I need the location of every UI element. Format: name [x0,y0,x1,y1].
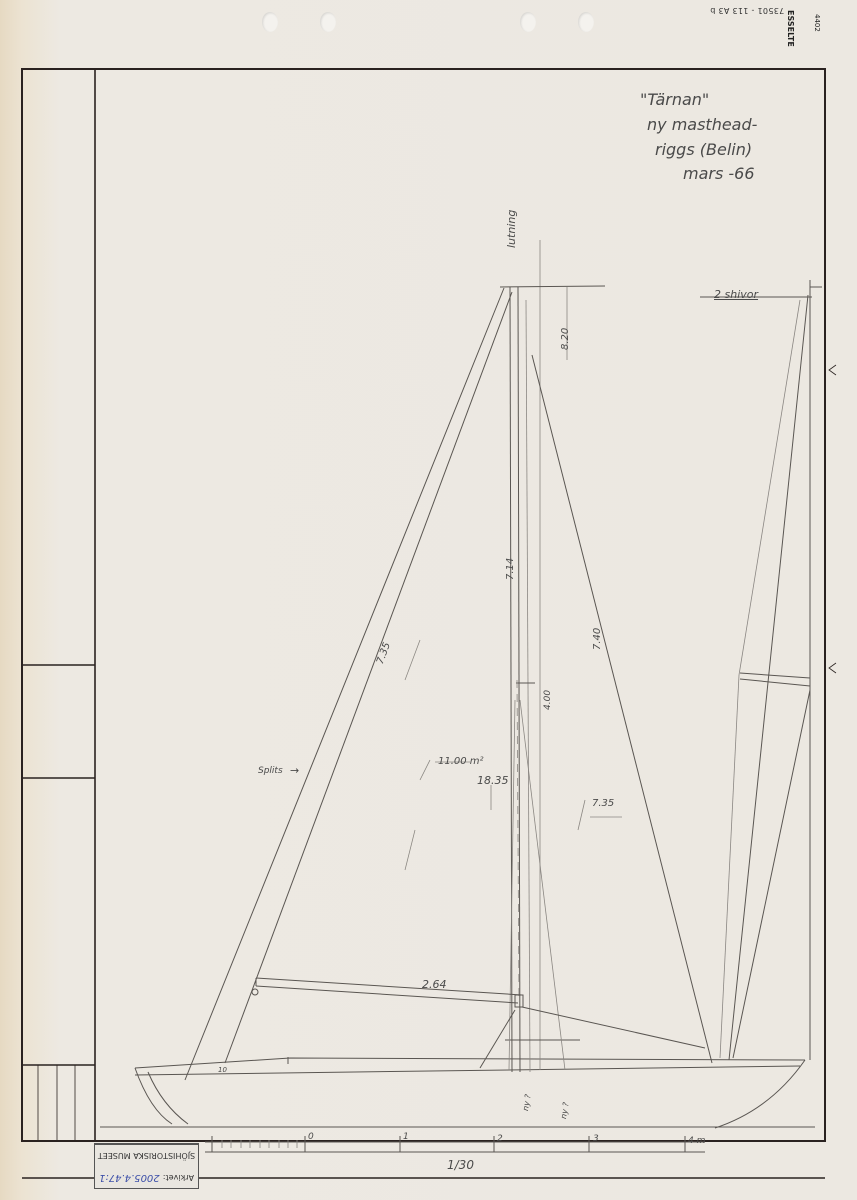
archive-number-row: Arkivet: 2005.4.47:1 [95,1166,198,1188]
backstay [700,280,822,1060]
scale-tick-0: 0 [308,1132,314,1142]
museum-stamp: SJÖHISTORISKA MUSEET Arkivet: 2005.4.47:… [94,1143,199,1189]
museum-name: SJÖHISTORISKA MUSEET [95,1144,198,1166]
forestay [185,288,512,1080]
label-two-sheaves: 2 shivor [714,288,758,301]
label-sail-area: 11.00 m² [438,756,484,767]
label-mast-lower: 4.00 [543,690,553,710]
boom [252,978,523,1007]
hull [135,1057,805,1128]
mast [500,240,605,1072]
label-luff-height: 18.35 [477,774,509,787]
title-line-4: mars -66 [683,164,755,183]
label-top-dim: 8.20 [560,328,571,350]
scale-tick-4: 4 m [688,1136,705,1146]
label-leech: 7.40 [592,628,603,650]
label-jib-note: 7.35 [592,798,614,809]
scale-tick-3: 3 [593,1134,599,1144]
label-lutning: lutning [505,210,518,248]
title-line-2: ny masthead- [647,115,757,134]
title-line-3: riggs (Belin) [655,140,752,159]
archive-label: Arkivet: [163,1173,194,1182]
scale-tick-2: 2 [497,1134,503,1144]
label-boom: 2.64 [422,978,447,991]
scale-ratio: 1/30 [447,1158,474,1172]
scale-tick-1: 1 [403,1132,409,1142]
title-line-1: "Tärnan" [640,90,709,109]
splits-arrow-icon: → [290,764,299,777]
label-tack: 10 [218,1066,227,1074]
label-mast-upper: 7.14 [505,558,516,580]
mainsail-leech [480,355,712,1070]
label-splits: Splits [258,766,283,776]
archive-number: 2005.4.47:1 [99,1172,160,1183]
